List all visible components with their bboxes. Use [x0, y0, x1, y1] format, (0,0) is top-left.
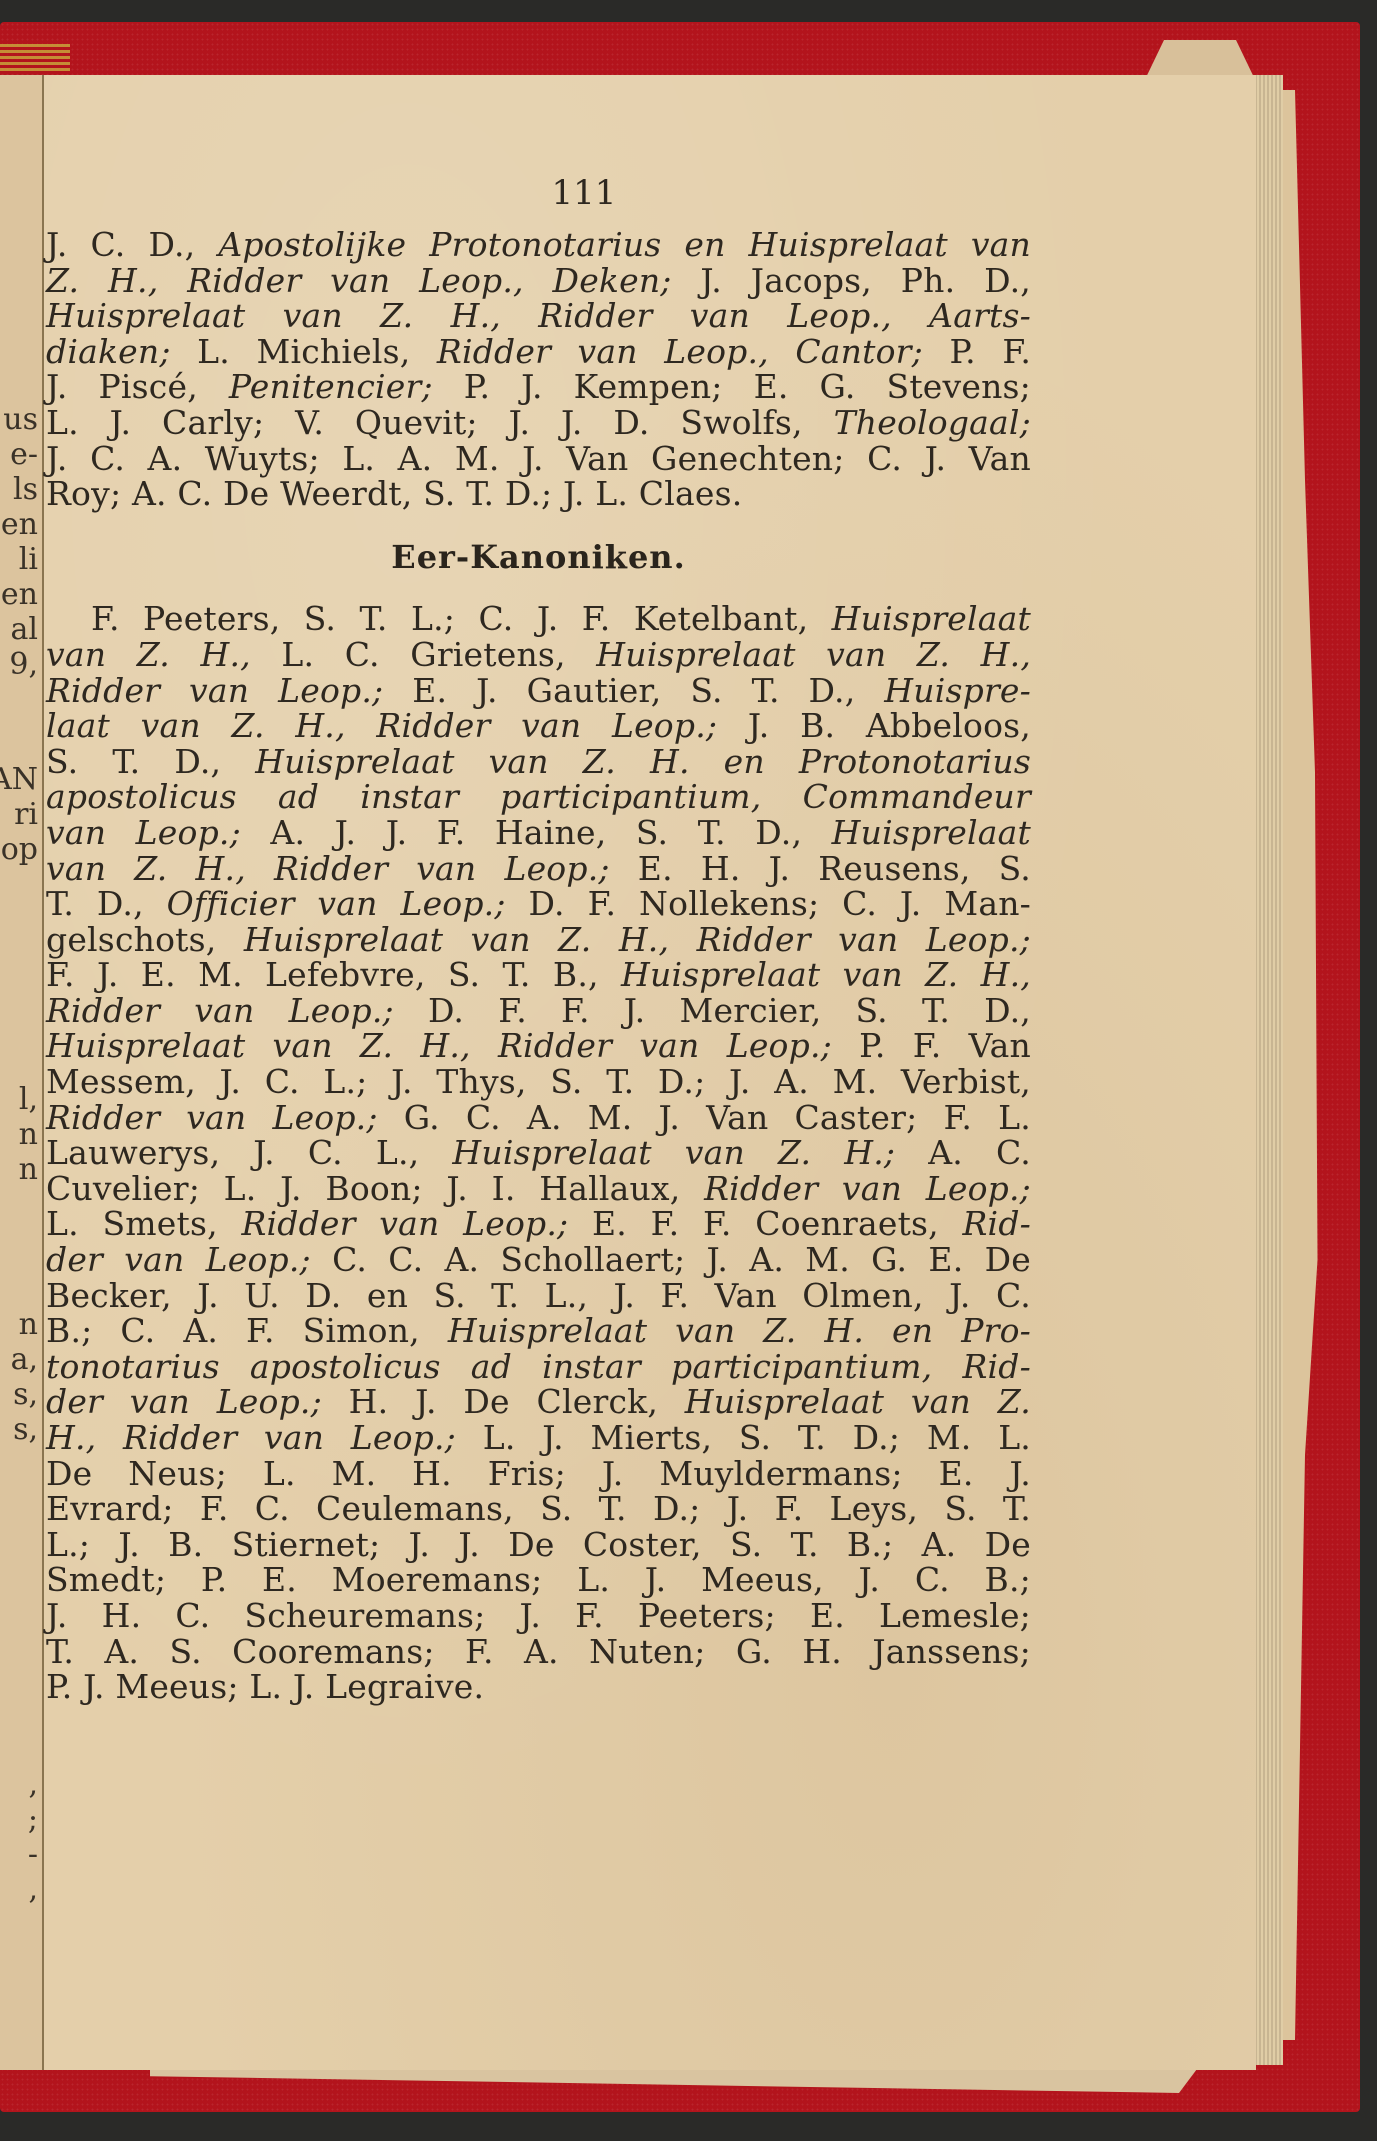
roman-text: P. J. Meeus; L. J. Legraive. [46, 1667, 484, 1706]
left-page-text-fragment: - [28, 1840, 38, 1870]
roman-text: P. F. Van [832, 1026, 1031, 1065]
roman-text: D. F. F. J. Mercier, S. T. D., [394, 991, 1031, 1030]
italic-text: Huisprelaat van Z. H., [596, 635, 1031, 674]
text-line: Cuvelier; L. J. Boon; J. I. Hallaux, Rid… [46, 1171, 1031, 1207]
italic-text: Huisprelaat van Z. H., Ridder van Leop.,… [46, 296, 1031, 335]
page-block-edges [1255, 75, 1283, 2065]
left-page-text-fragment: s, [13, 1415, 38, 1445]
left-page-text-fragment: op [1, 835, 38, 865]
left-page-text-fragment: ; [28, 1805, 38, 1835]
roman-text: A. C. [895, 1133, 1031, 1172]
left-page-text-fragment: li [19, 545, 38, 575]
italic-text: Ridder van Leop.; [241, 1204, 568, 1243]
text-line: gelschots, Huisprelaat van Z. H., Ridder… [46, 922, 1031, 958]
text-line: B.; C. A. F. Simon, Huisprelaat van Z. H… [46, 1313, 1031, 1349]
text-line: Ridder van Leop.; D. F. F. J. Mercier, S… [46, 993, 1031, 1029]
left-page-text-fragment: ri [14, 800, 38, 830]
roman-text: P. F. [923, 332, 1031, 371]
roman-text: J. C. D., [46, 225, 218, 264]
continued-paragraph: J. C. D., Apostolijke Protonotarius en H… [46, 227, 1031, 512]
roman-text: J. Piscé, [46, 367, 229, 406]
roman-text: E. F. F. Coenraets, [568, 1204, 962, 1243]
roman-text: Cuvelier; L. J. Boon; J. I. Hallaux, [46, 1169, 704, 1208]
left-page-text-fragment: ls [13, 475, 38, 505]
roman-text: F. Peeters, S. T. L.; C. J. F. Ketelbant… [91, 599, 832, 638]
text-line: van Leop.; A. J. J. F. Haine, S. T. D., … [46, 815, 1031, 851]
left-page-text-fragment: n [19, 1310, 38, 1340]
left-page-text-fragment: 9, [9, 650, 38, 680]
italic-text: Huisprelaat van Z. H., Ridder van Leop.; [46, 1026, 832, 1065]
italic-text: Officier van Leop.; [167, 884, 506, 923]
italic-text: Huisprelaat [832, 599, 1031, 638]
text-line: Messem, J. C. L.; J. Thys, S. T. D.; J. … [46, 1064, 1031, 1100]
italic-text: Ridder van Leop.; [704, 1169, 1031, 1208]
section-heading: Eer-Kanoniken. [46, 540, 1031, 576]
italic-text: van Leop.; [46, 813, 241, 852]
left-page-text-fragment: n [19, 1155, 38, 1185]
italic-text: diaken; [46, 332, 171, 371]
italic-text: der van Leop.; [46, 1382, 322, 1421]
text-line: Evrard; F. C. Ceulemans, S. T. D.; J. F.… [46, 1491, 1031, 1527]
italic-text: Ridder van Leop.; [46, 991, 394, 1030]
roman-text: Roy; A. C. De Weerdt, S. T. D.; J. L. Cl… [46, 474, 742, 513]
italic-text: Rid- [963, 1204, 1031, 1243]
text-line: J. H. C. Scheuremans; J. F. Peeters; E. … [46, 1598, 1031, 1634]
italic-text: Huispre- [884, 671, 1031, 710]
text-line: L. Smets, Ridder van Leop.; E. F. F. Coe… [46, 1206, 1031, 1242]
roman-text: S. T. D., [46, 742, 255, 781]
roman-text: E. H. J. Reusens, S. [610, 849, 1031, 888]
text-line: Huisprelaat van Z. H., Ridder van Leop.;… [46, 1028, 1031, 1064]
text-line: der van Leop.; H. J. De Clerck, Huisprel… [46, 1384, 1031, 1420]
book-page: 111 J. C. D., Apostolijke Protonotarius … [44, 75, 1256, 2070]
text-line: diaken; L. Michiels, Ridder van Leop., C… [46, 334, 1031, 370]
italic-text: van Z. H., Ridder van Leop.; [46, 849, 610, 888]
italic-text: Huisprelaat van Z. H., [621, 955, 1031, 994]
roman-text: J. C. A. Wuyts; L. A. M. J. Van Genechte… [46, 439, 1031, 478]
roman-text: L.; J. B. Stiernet; J. J. De Coster, S. … [46, 1525, 1031, 1564]
left-page-text-fragment: en [1, 580, 38, 610]
left-page-text-fragment: a, [11, 1345, 38, 1375]
text-line: F. J. E. M. Lefebvre, S. T. B., Huisprel… [46, 957, 1031, 993]
roman-text: D. F. Nollekens; C. J. Man- [506, 884, 1031, 923]
roman-text: C. C. A. Schollaert; J. A. M. G. E. De [311, 1240, 1031, 1279]
text-line: De Neus; L. M. H. Fris; J. Muyldermans; … [46, 1456, 1031, 1492]
eer-kanoniken-paragraph: F. Peeters, S. T. L.; C. J. F. Ketelbant… [46, 601, 1031, 1704]
left-page-text-fragment: us [3, 405, 38, 435]
italic-text: apostolicus ad instar participantium, Co… [46, 777, 1031, 816]
text-line: Huisprelaat van Z. H., Ridder van Leop.,… [46, 298, 1031, 334]
text-line: S. T. D., Huisprelaat van Z. H. en Proto… [46, 744, 1031, 780]
left-page-edge: use-lsenlienal9,ANriopl,nnna,s,s,,;-, [0, 75, 44, 2070]
text-line: P. J. Meeus; L. J. Legraive. [46, 1669, 1031, 1705]
roman-text: B.; C. A. F. Simon, [46, 1311, 448, 1350]
text-line: apostolicus ad instar participantium, Co… [46, 779, 1031, 815]
text-line: Ridder van Leop.; G. C. A. M. J. Van Cas… [46, 1100, 1031, 1136]
text-line: Z. H., Ridder van Leop., Deken; J. Jacop… [46, 263, 1031, 299]
roman-text: J. Jacops, Ph. D., [672, 261, 1031, 300]
left-page-text-fragment: , [28, 1875, 38, 1905]
text-line: J. Piscé, Penitencier; P. J. Kempen; E. … [46, 369, 1031, 405]
roman-text: Lauwerys, J. C. L., [46, 1133, 452, 1172]
roman-text: Smedt; P. E. Moeremans; L. J. Meeus, J. … [46, 1560, 1031, 1599]
roman-text: J. H. C. Scheuremans; J. F. Peeters; E. … [46, 1596, 1031, 1635]
text-line: van Z. H., L. C. Grietens, Huisprelaat v… [46, 637, 1031, 673]
text-line: der van Leop.; C. C. A. Schollaert; J. A… [46, 1242, 1031, 1278]
text-line: laat van Z. H., Ridder van Leop.; J. B. … [46, 708, 1031, 744]
italic-text: tonotarius apostolicus ad instar partici… [46, 1347, 1031, 1386]
italic-text: Ridder van Leop.; [46, 671, 383, 710]
roman-text: T. A. S. Cooremans; F. A. Nuten; G. H. J… [46, 1632, 1031, 1671]
text-line: tonotarius apostolicus ad instar partici… [46, 1349, 1031, 1385]
italic-text: Huisprelaat van Z. H. en Protonotarius [255, 742, 1031, 781]
italic-text: Huisprelaat van Z. H.; [452, 1133, 895, 1172]
roman-text: De Neus; L. M. H. Fris; J. Muyldermans; … [46, 1454, 1031, 1493]
text-line: T. A. S. Cooremans; F. A. Nuten; G. H. J… [46, 1634, 1031, 1670]
italic-text: Huisprelaat van Z. H. en Pro- [448, 1311, 1031, 1350]
text-line: Smedt; P. E. Moeremans; L. J. Meeus, J. … [46, 1562, 1031, 1598]
italic-text: Ridder van Leop.; [46, 1098, 378, 1137]
italic-text: Huisprelaat van Z. [685, 1382, 1031, 1421]
roman-text: L. Smets, [46, 1204, 241, 1243]
spine-gilt-band [0, 44, 70, 74]
italic-text: Ridder van Leop., Cantor; [437, 332, 923, 371]
left-page-text-fragment: , [28, 1770, 38, 1800]
italic-text: Huisprelaat van Z. H., Ridder van Leop.; [244, 920, 1031, 959]
italic-text: van Z. H., [46, 635, 251, 674]
page-number: 111 [509, 173, 659, 213]
roman-text: L. Michiels, [171, 332, 437, 371]
italic-text: laat van Z. H., Ridder van Leop.; [46, 706, 717, 745]
roman-text: J. B. Abbeloos, [717, 706, 1031, 745]
roman-text: F. J. E. M. Lefebvre, S. T. B., [46, 955, 621, 994]
roman-text: T. D., [46, 884, 167, 923]
roman-text: P. J. Kempen; E. G. Stevens; [433, 367, 1031, 406]
text-line: H., Ridder van Leop.; L. J. Mierts, S. T… [46, 1420, 1031, 1456]
text-line: J. C. D., Apostolijke Protonotarius en H… [46, 227, 1031, 263]
text-line: Becker, J. U. D. en S. T. L., J. F. Van … [46, 1278, 1031, 1314]
page-text: J. C. D., Apostolijke Protonotarius en H… [46, 227, 1031, 1705]
left-page-text-fragment: AN [0, 765, 38, 795]
italic-text: H., Ridder van Leop.; [46, 1418, 456, 1457]
italic-text: Theologaal; [834, 403, 1031, 442]
roman-text: L. J. Mierts, S. T. D.; M. L. [456, 1418, 1031, 1457]
text-line: Ridder van Leop.; E. J. Gautier, S. T. D… [46, 673, 1031, 709]
text-line: van Z. H., Ridder van Leop.; E. H. J. Re… [46, 851, 1031, 887]
roman-text: G. C. A. M. J. Van Caster; F. L. [378, 1098, 1031, 1137]
italic-text: Apostolijke Protonotarius en Huisprelaat… [218, 225, 1031, 264]
roman-text: L. C. Grietens, [251, 635, 596, 674]
roman-text: Evrard; F. C. Ceulemans, S. T. D.; J. F.… [46, 1489, 1031, 1528]
roman-text: E. J. Gautier, S. T. D., [383, 671, 884, 710]
text-line: Roy; A. C. De Weerdt, S. T. D.; J. L. Cl… [46, 476, 1031, 512]
roman-text: gelschots, [46, 920, 244, 959]
text-line: Lauwerys, J. C. L., Huisprelaat van Z. H… [46, 1135, 1031, 1171]
left-page-text-fragment: l, [19, 1085, 38, 1115]
italic-text: Huisprelaat [832, 813, 1031, 852]
text-line: L.; J. B. Stiernet; J. J. De Coster, S. … [46, 1527, 1031, 1563]
roman-text: A. J. J. F. Haine, S. T. D., [241, 813, 832, 852]
italic-text: der van Leop.; [46, 1240, 311, 1279]
left-page-text-fragment: s, [13, 1380, 38, 1410]
text-line: L. J. Carly; V. Quevit; J. J. D. Swolfs,… [46, 405, 1031, 441]
left-page-text-fragment: al [11, 615, 38, 645]
text-line: J. C. A. Wuyts; L. A. M. J. Van Genechte… [46, 441, 1031, 477]
italic-text: Penitencier; [229, 367, 433, 406]
roman-text: L. J. Carly; V. Quevit; J. J. D. Swolfs, [46, 403, 834, 442]
left-page-text-fragment: n [19, 1120, 38, 1150]
text-line: T. D., Officier van Leop.; D. F. Nolleke… [46, 886, 1031, 922]
left-page-text-fragment: e- [10, 440, 38, 470]
italic-text: Z. H., Ridder van Leop., Deken; [46, 261, 672, 300]
roman-text: H. J. De Clerck, [322, 1382, 685, 1421]
left-page-text-fragment: en [1, 510, 38, 540]
text-line: F. Peeters, S. T. L.; C. J. F. Ketelbant… [46, 601, 1031, 637]
roman-text: Becker, J. U. D. en S. T. L., J. F. Van … [46, 1276, 1031, 1315]
roman-text: Messem, J. C. L.; J. Thys, S. T. D.; J. … [46, 1062, 1031, 1101]
